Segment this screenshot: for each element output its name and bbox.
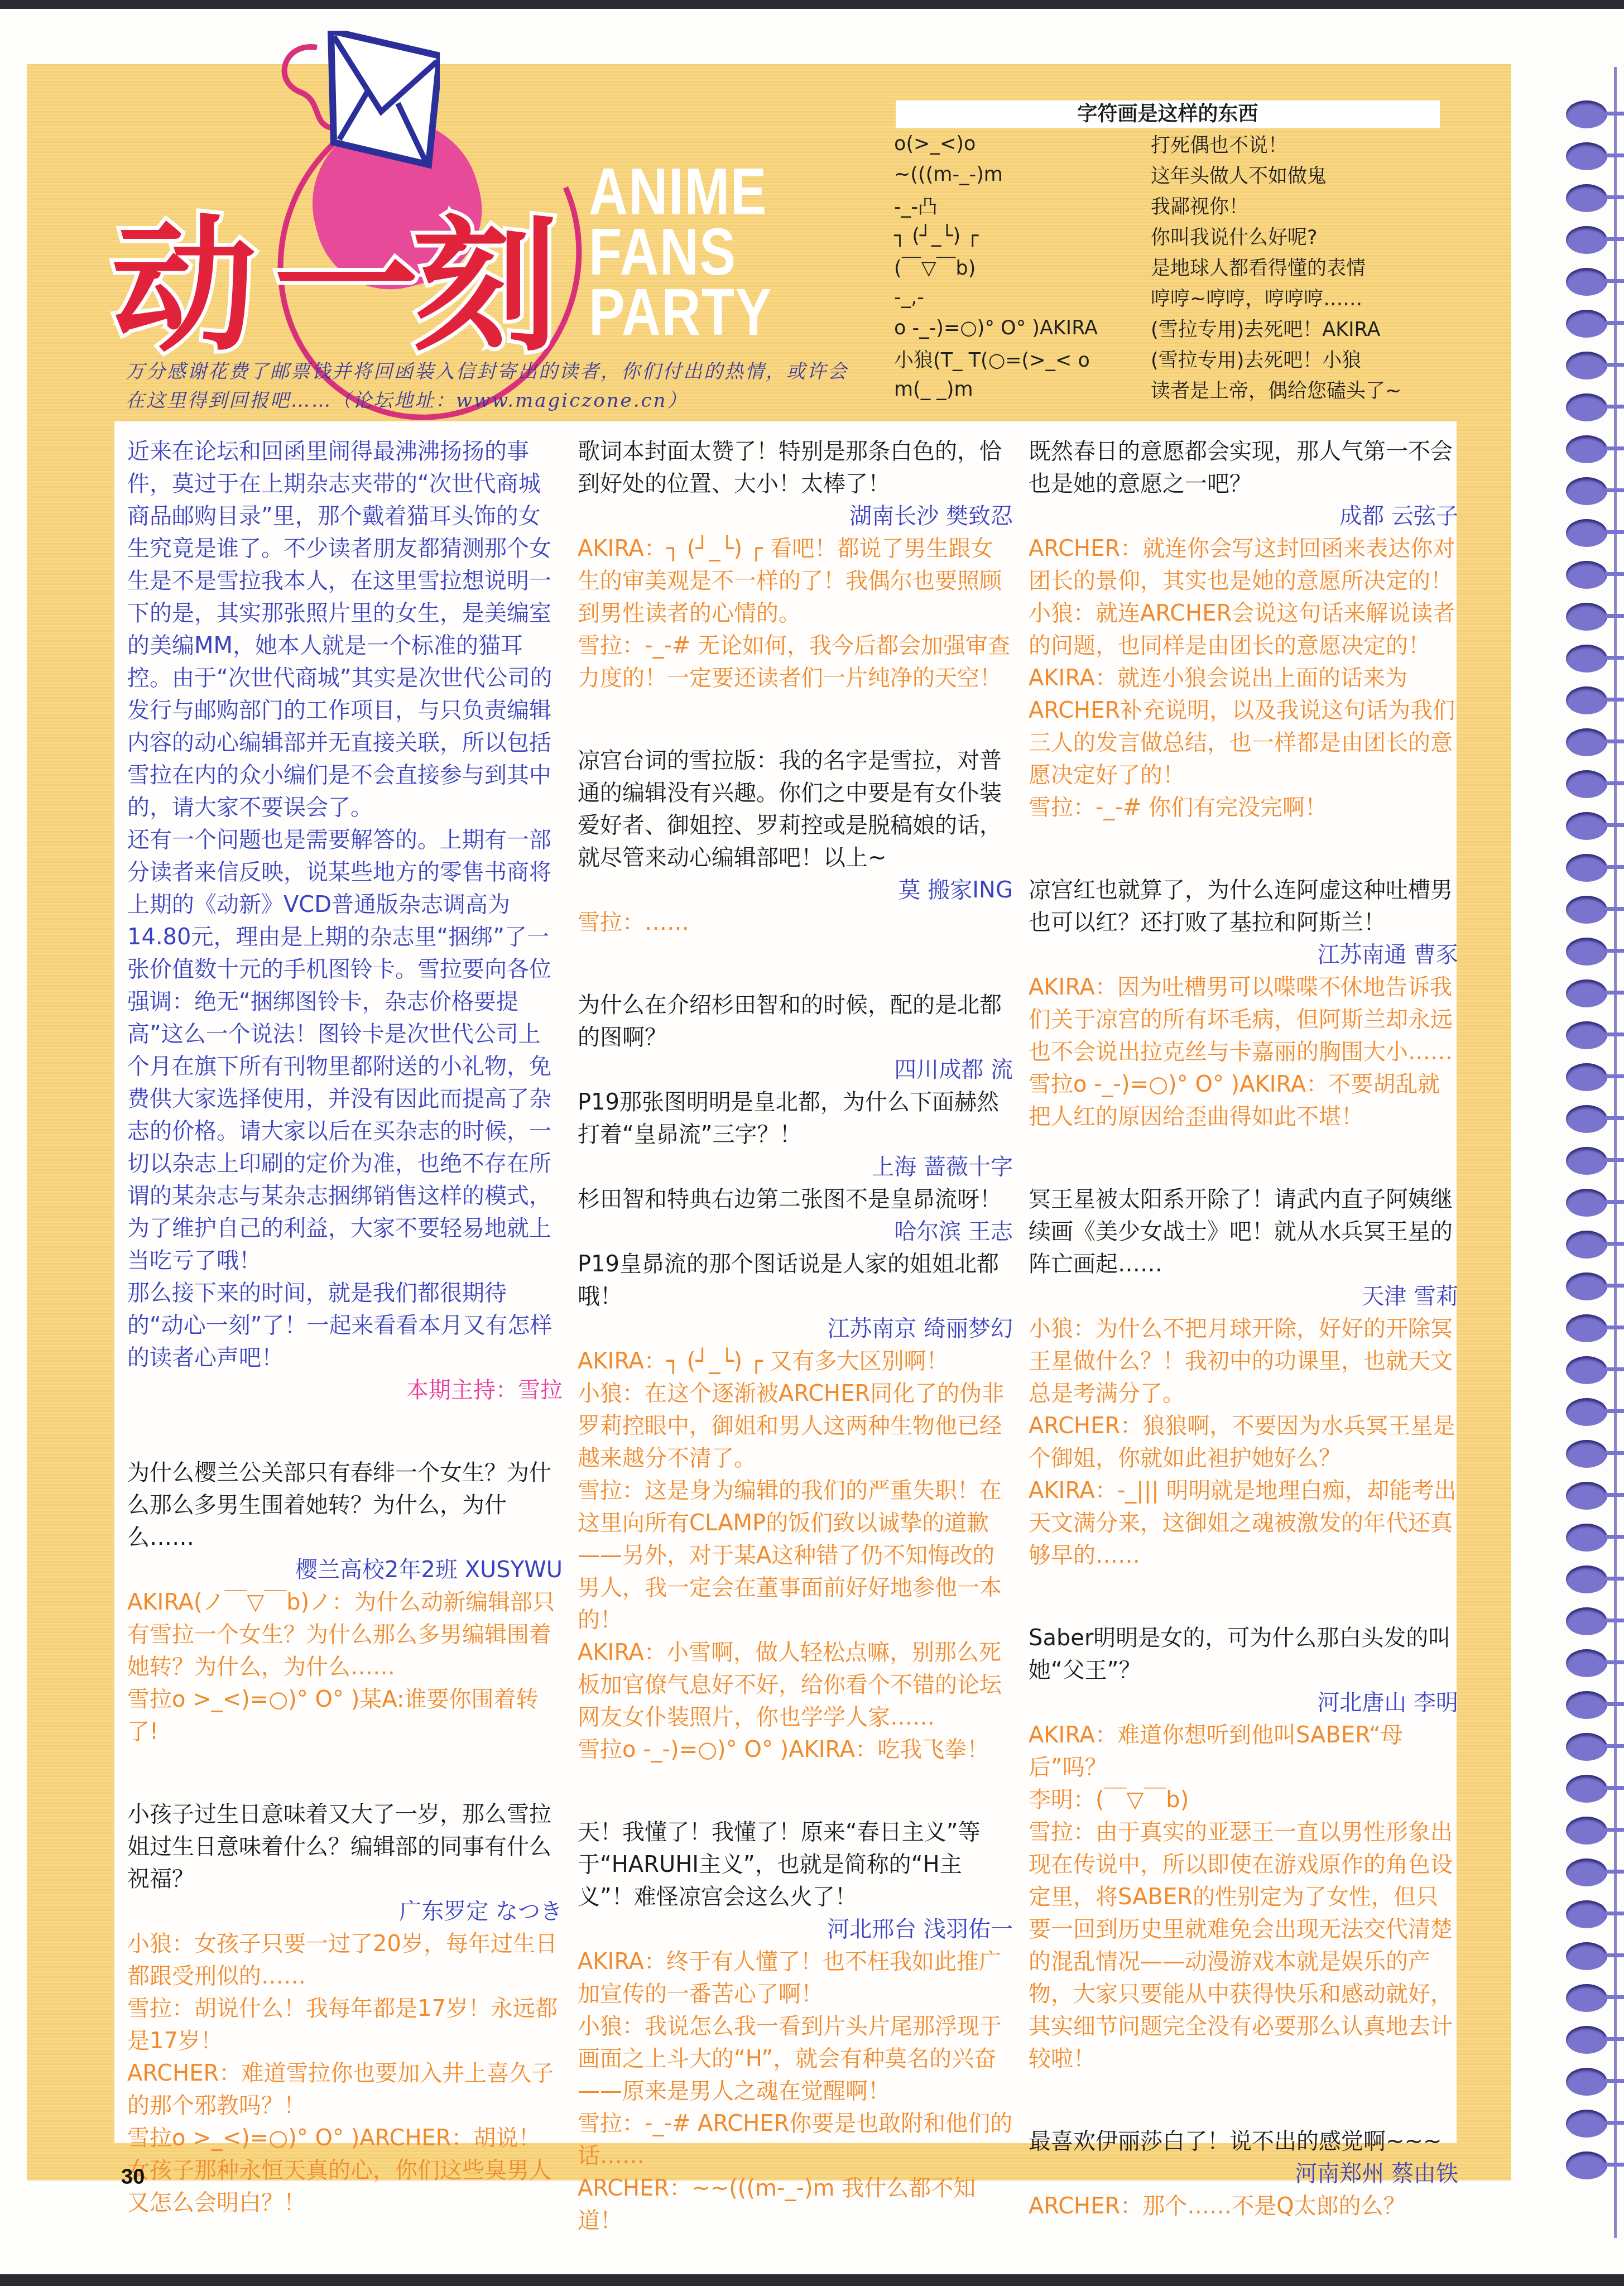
scan-top-edge [0, 0, 1624, 9]
editor-reply: AKIRA：-_||| 明明就是地理白痴，却能考出天文满分来，这御姐之魂被激发的… [1029, 1475, 1458, 1572]
letter-signature: 上海 蔷薇十字 [578, 1151, 1013, 1183]
intro-text: 万分感谢花费了邮票钱并将回函装入信封寄出的读者，你们付出的热情，或许会 在这里得… [126, 357, 868, 415]
binding-ring [1566, 770, 1607, 798]
kaomoji-row: -_,-哼哼~哼哼，哼哼哼…… [887, 282, 1490, 313]
letters-column-2: 歌词本封面太赞了！特别是那条白色的，恰到好处的位置、大小！太棒了！湖南长沙 樊致… [578, 435, 1013, 2237]
binding-ring [1566, 184, 1607, 212]
section-spacer [1029, 2075, 1458, 2125]
kaomoji-face: 小狼(T_ T(○=(>_< o [887, 345, 1151, 373]
binding-ring [1566, 1984, 1607, 2012]
kaomoji-meaning: 这年头做人不如做鬼 [1151, 161, 1327, 189]
editor-reply: ARCHER：那个……不是Q太郎的么？ [1029, 2190, 1458, 2222]
kaomoji-row: 小狼(T_ T(○=(>_< o(雪拉专用)去死吧！小狼 [887, 343, 1490, 374]
kaomoji-face: -_,- [887, 286, 1151, 309]
section-spacer [1029, 1572, 1458, 1622]
binding-ring [1566, 1272, 1607, 1300]
binding-ring [1566, 728, 1607, 756]
binding-ring [1566, 1733, 1607, 1761]
editor-reply: 雪拉o -_-)=○)° O° )AKIRA：不要胡乱就把人红的原因给歪曲得如此… [1029, 1068, 1458, 1133]
editor-reply: ARCHER：~~(((m-_-)m 我什么都不知道！ [578, 2172, 1013, 2237]
binding-ring [1566, 1189, 1607, 1217]
editor-reply: AKIRA：难道你想听到他叫SABER“母后”吗？ [1029, 1719, 1458, 1784]
binding-ring [1566, 1063, 1607, 1091]
binding-ring [1566, 1858, 1607, 1886]
scan-bottom-edge [0, 2274, 1624, 2286]
binding-ring [1566, 1565, 1607, 1593]
kaomoji-face: ~(((m-_-)m [887, 164, 1151, 186]
reader-letter: 歌词本封面太赞了！特别是那条白色的，恰到好处的位置、大小！太棒了！ [578, 435, 1013, 500]
kaomoji-face: m(_ _)m [887, 378, 1151, 401]
letter-signature: 天津 雪莉 [1029, 1280, 1458, 1313]
editor-reply: 雪拉o >_<)=○)° O° )ARCHER：胡说！女孩子那种永恒天真的心，你… [127, 2122, 563, 2219]
letter-signature: 莫 搬家ING [578, 874, 1013, 906]
kaomoji-meaning: 是地球人都看得懂的表情 [1151, 253, 1366, 281]
editor-reply: 小狼：为什么不把月球开除，好好的开除冥王星做什么？！我初中的功课里，也就天文总是… [1029, 1313, 1458, 1410]
binding-ring [1566, 1356, 1607, 1384]
binding-ring [1566, 1942, 1607, 1970]
editor-reply: 小狼：女孩子只要一过了20岁，每年过生日都跟受刑似的…… [127, 1928, 563, 1992]
section-spacer [578, 1766, 1013, 1816]
binding-ring [1566, 226, 1607, 254]
editor-reply: AKIRA(ノ￣▽￣b)ノ：为什么动新编辑部只有雪拉一个女生？为什么那么多男编辑… [127, 1586, 563, 1683]
editor-reply: ARCHER：难道雪拉你也要加入井上喜久子的那个邪教吗？！ [127, 2057, 563, 2122]
letter-signature: 河北唐山 李明 [1029, 1687, 1458, 1719]
editor-reply: ARCHER：就连你会写这封回函来表达你对团长的景仰，其实也是她的意愿所决定的！ [1029, 532, 1458, 597]
binding-ring [1566, 1524, 1607, 1552]
kaomoji-row: o -_-)=○)° O° )AKIRA(雪拉专用)去死吧！AKIRA [887, 313, 1490, 343]
section-spacer [578, 939, 1013, 989]
binding-ring [1566, 435, 1607, 463]
kaomoji-meaning: 我鄙视你！ [1151, 191, 1248, 219]
section-spacer [578, 694, 1013, 745]
binding-ring [1566, 854, 1607, 882]
kaomoji-face: o(>_<)o [887, 133, 1151, 155]
letter-signature: 四川成都 流 [578, 1054, 1013, 1086]
binding-ring [1566, 645, 1607, 673]
editor-reply: AKIRA：终于有人懂了！也不枉我如此推广加宣传的一番苦心了啊！ [578, 1946, 1013, 2010]
binding-ring [1566, 1147, 1607, 1175]
letters-column-1: 近来在论坛和回函里闹得最沸沸扬扬的事件，莫过于在上期杂志夹带的“次世代商城商品邮… [127, 435, 563, 2219]
column-logo: 动一刻 ANIME FANS PARTY [112, 31, 837, 388]
binding-ring [1566, 1231, 1607, 1259]
editor-reply: 雪拉：胡说什么！我每年都是17岁！永远都是17岁！ [127, 1992, 563, 2057]
reader-letter: 凉宫台词的雪拉版：我的名字是雪拉，对普通的编辑没有兴趣。你们之中要是有女仆装爱好… [578, 745, 1013, 874]
reader-letter: 杉田智和特典右边第二张图不是皇昴流呀！ [578, 1183, 1013, 1216]
binding-ring [1566, 1691, 1607, 1719]
binding-ring [1566, 1775, 1607, 1803]
binding-ring [1566, 2151, 1607, 2179]
binding-ring [1566, 477, 1607, 505]
editor-reply: 小狼：就连ARCHER会说这句话来解说读者的问题，也同样是由团长的意愿决定的！ [1029, 597, 1458, 662]
letter-signature: 河南郑州 蔡由铁 [1029, 2158, 1458, 2190]
kaomoji-meaning: (雪拉专用)去死吧！小狼 [1151, 345, 1361, 373]
binding-ring [1566, 1021, 1607, 1049]
kaomoji-meaning: 打死偶也不说！ [1151, 130, 1287, 158]
section-spacer [127, 1748, 563, 1798]
page-number: 30 [121, 2165, 145, 2189]
editor-reply: AKIRA：因为吐槽男可以喋喋不休地告诉我们关于凉宫的所有坏毛病，但阿斯兰却永远… [1029, 971, 1458, 1068]
letter-signature: 哈尔滨 王志 [578, 1216, 1013, 1248]
binding-ring [1566, 1607, 1607, 1635]
editor-reply: 小狼：我说怎么我一看到片头片尾那浮现于画面之上斗大的“H”，就会有种莫名的兴奋—… [578, 2010, 1013, 2107]
kaomoji-face: -_-凸 [887, 191, 1151, 219]
editor-reply: AKIRA：小雪啊，做人轻松点嘛，别那么死板加官僚气息好不好，给你看个不错的论坛… [578, 1636, 1013, 1733]
binding-ring [1566, 1440, 1607, 1468]
binding-ring [1566, 1398, 1607, 1426]
kaomoji-legend: 字符画是这样的东西 o(>_<)o打死偶也不说！~(((m-_-)m这年头做人不… [887, 100, 1490, 405]
section-spacer [127, 1406, 563, 1457]
reader-letter: 凉宫红也就算了，为什么连阿虚这种吐槽男也可以红？还打败了基拉和阿斯兰！ [1029, 874, 1458, 939]
binding-ring [1566, 561, 1607, 589]
editor-reply: 雪拉：这是身为编辑的我们的严重失职！在这里向所有CLAMP的饭们致以诚挚的道歉—… [578, 1475, 1013, 1636]
binding-ring [1566, 896, 1607, 924]
reader-letter: 为什么在介绍杉田智和的时候，配的是北都的图啊？ [578, 989, 1013, 1054]
kaomoji-meaning: (雪拉专用)去死吧！AKIRA [1151, 314, 1380, 342]
binding-ring [1566, 1314, 1607, 1342]
editorial-paragraph: 近来在论坛和回函里闹得最沸沸扬扬的事件，莫过于在上期杂志夹带的“次世代商城商品邮… [127, 435, 563, 824]
editor-reply: AKIRA：┐ (┘_└) ┌ 又有多大区别啊！ [578, 1345, 1013, 1377]
binding-ring [1566, 352, 1607, 380]
reader-letter: Saber明明是女的，可为什么那白头发的叫她“父王”？ [1029, 1622, 1458, 1687]
binding-ring [1566, 2068, 1607, 2096]
kaomoji-row: o(>_<)o打死偶也不说！ [887, 128, 1490, 159]
kaomoji-meaning: 你叫我说什么好呢? [1151, 222, 1318, 250]
logo-subtitle: ANIME FANS PARTY [589, 162, 772, 343]
kaomoji-legend-title: 字符画是这样的东西 [896, 100, 1440, 128]
editor-reply: 雪拉：-_-# 你们有完没完啊！ [1029, 791, 1458, 824]
editor-reply: 小狼：在这个逐渐被ARCHER同化了的伪非罗莉控眼中，御姐和男人这两种生物他已经… [578, 1377, 1013, 1475]
editor-reply: 雪拉：…… [578, 906, 1013, 939]
letters-column-3: 既然春日的意愿都会实现，那人气第一不会也是她的意愿之一吧？成都 云弦子ARCHE… [1029, 435, 1458, 2222]
letter-signature: 樱兰高校2年2班 XUSYWU [127, 1554, 563, 1586]
binding-ring [1566, 393, 1607, 421]
binding-ring [1566, 142, 1607, 170]
binding-ring [1566, 268, 1607, 296]
reader-letter: 冥王星被太阳系开除了！请武内直子阿姨继续画《美少女战士》吧！就从水兵冥王星的阵亡… [1029, 1183, 1458, 1280]
section-spacer [1029, 824, 1458, 874]
kaomoji-row: ~(((m-_-)m这年头做人不如做鬼 [887, 159, 1490, 190]
editor-reply: 雪拉：由于真实的亚瑟王一直以男性形象出现在传说中，所以即使在游戏原作的角色设定里… [1029, 1816, 1458, 2075]
binding-ring [1566, 2026, 1607, 2054]
binding-ring [1566, 1482, 1607, 1510]
reader-letter: P19皇昴流的那个图话说是人家的姐姐北都哦！ [578, 1248, 1013, 1313]
letter-signature: 江苏南京 绮丽梦幻 [578, 1313, 1013, 1345]
kaomoji-row: -_-凸我鄙视你！ [887, 190, 1490, 220]
binding-ring [1566, 1900, 1607, 1928]
editor-reply: 雪拉：-_-# ARCHER你要是也敢附和他们的话…… [578, 2107, 1013, 2172]
editorial-paragraph: 那么接下来的时间，就是我们都很期待的“动心一刻”了！一起来看看本月又有怎样的读者… [127, 1277, 563, 1374]
editor-reply: AKIRA：┐ (┘_└) ┌ 看吧！都说了男生跟女生的审美观是不一样的了！我偶… [578, 532, 1013, 630]
kaomoji-meaning: 读者是上帝，偶给您磕头了~ [1151, 376, 1401, 404]
letter-signature: 江苏南通 曹豕 [1029, 939, 1458, 971]
letter-signature: 本期主持：雪拉 [127, 1374, 563, 1406]
reader-letter: 为什么樱兰公关部只有春绯一个女生？为什么那么多男生围着她转？为什么，为什么…… [127, 1457, 563, 1554]
reader-letter: P19那张图明明是皇北都，为什么下面赫然打着“皇昴流”三字？！ [578, 1086, 1013, 1151]
kaomoji-row: (￣▽￣b)是地球人都看得懂的表情 [887, 251, 1490, 282]
editor-reply: 雪拉o >_<)=○)° O° )某A:谁要你围着转了! [127, 1683, 563, 1748]
section-spacer [1029, 1133, 1458, 1183]
binding-ring [1566, 1817, 1607, 1845]
binding-ring [1566, 812, 1607, 840]
binding-ring [1566, 310, 1607, 338]
kaomoji-row: ┐ (┘_└) ┌你叫我说什么好呢? [887, 220, 1490, 251]
kaomoji-row: m(_ _)m读者是上帝，偶给您磕头了~ [887, 374, 1490, 405]
kaomoji-face: ┐ (┘_└) ┌ [887, 225, 1151, 247]
letter-signature: 河北邢台 浅羽佑一 [578, 1913, 1013, 1946]
reader-letter: 最喜欢伊丽莎白了！说不出的感觉啊~~~ [1029, 2125, 1458, 2158]
binding-ring [1566, 1105, 1607, 1133]
binding-ring [1566, 2110, 1607, 2138]
reader-letter: 天！我懂了！我懂了！原来“春日主义”等于“HARUHI主义”，也就是简称的“H主… [578, 1816, 1013, 1913]
kaomoji-face: (￣▽￣b) [887, 253, 1151, 281]
reader-letter: 既然春日的意愿都会实现，那人气第一不会也是她的意愿之一吧？ [1029, 435, 1458, 500]
letter-signature: 广东罗定 なつき [127, 1895, 563, 1928]
letter-signature: 成都 云弦子 [1029, 500, 1458, 532]
editorial-paragraph: 还有一个问题也是需要解答的。上期有一部分读者来信反映，说某些地方的零售书商将上期… [127, 824, 563, 1277]
kaomoji-meaning: 哼哼~哼哼，哼哼哼…… [1151, 284, 1362, 311]
binding-ring [1566, 1649, 1607, 1677]
binding-ring [1566, 979, 1607, 1007]
binding-ring [1566, 100, 1607, 128]
binding-ring [1566, 686, 1607, 714]
binding-ring [1566, 519, 1607, 547]
binding-ring [1566, 603, 1607, 631]
editor-reply: 雪拉：-_-# 无论如何，我今后都会加强审查力度的！一定要还读者们一片纯净的天空… [578, 630, 1013, 694]
letter-signature: 湖南长沙 樊致忍 [578, 500, 1013, 532]
editor-reply: 李明：(￣▽￣b) [1029, 1784, 1458, 1816]
editor-reply: AKIRA：就连小狼会说出上面的话来为ARCHER补充说明，以及我说这句话为我们… [1029, 662, 1458, 791]
binding-ring [1566, 938, 1607, 966]
editor-reply: ARCHER：狼狼啊，不要因为水兵冥王星是个御姐，你就如此袒护她好么？ [1029, 1410, 1458, 1475]
editor-reply: 雪拉o -_-)=○)° O° )AKIRA：吃我飞拳！ [578, 1733, 1013, 1766]
kaomoji-face: o -_-)=○)° O° )AKIRA [887, 317, 1151, 339]
logo-title: 动一刻 [112, 170, 552, 378]
envelope-icon [278, 31, 440, 170]
reader-letter: 小孩子过生日意味着又大了一岁，那么雪拉姐过生日意味着什么？编辑部的同事有什么祝福… [127, 1798, 563, 1895]
